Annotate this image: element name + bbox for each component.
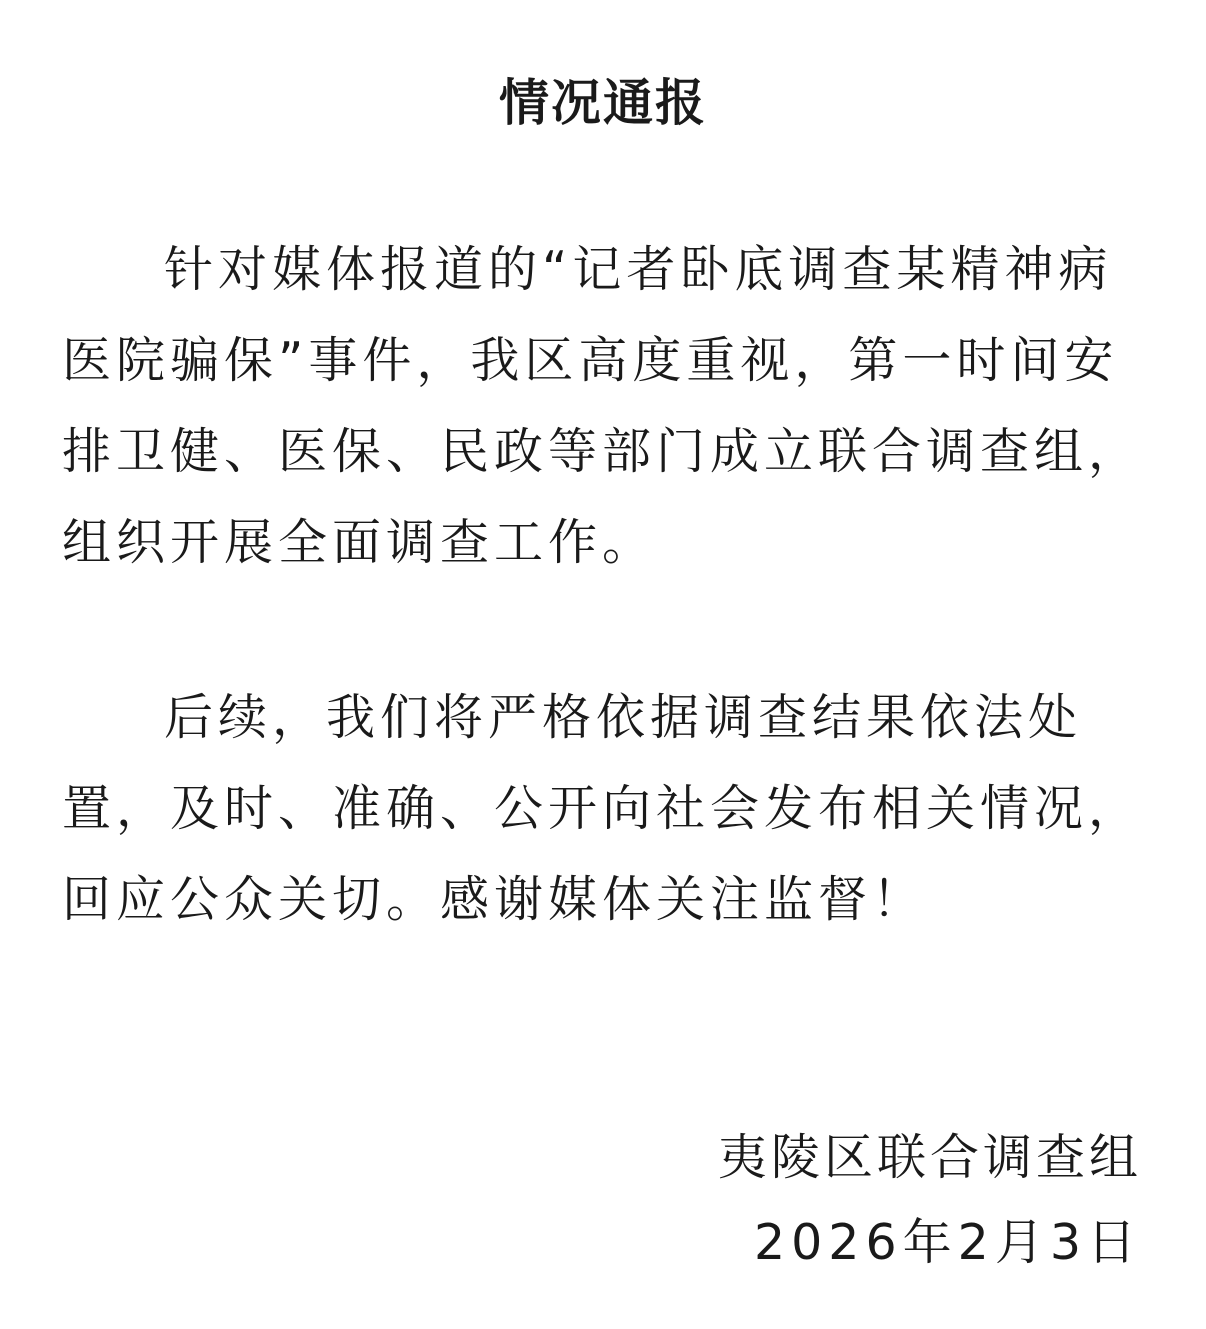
paragraph-line: 后续，我们将严格依据调查结果依法处: [62, 672, 1152, 763]
paragraph-1: 针对媒体报道的“记者卧底调查某精神病 医院骗保”事件，我区高度重视，第一时间安 …: [62, 224, 1152, 588]
document-title: 情况通报: [0, 68, 1206, 138]
paragraph-line: 排卫健、医保、民政等部门成立联合调查组，: [62, 406, 1152, 497]
paragraph-line: 回应公众关切。感谢媒体关注监督！: [62, 854, 1152, 945]
paragraph-2: 后续，我们将严格依据调查结果依法处 置，及时、准确、公开向社会发布相关情况， 回…: [62, 672, 1152, 945]
paragraph-line: 医院骗保”事件，我区高度重视，第一时间安: [62, 315, 1152, 406]
signature-date: 2026年2月3日: [754, 1213, 1142, 1273]
paragraph-line: 针对媒体报道的“记者卧底调查某精神病: [62, 224, 1152, 315]
signature-organization: 夷陵区联合调查组: [718, 1128, 1142, 1188]
paragraph-line: 置，及时、准确、公开向社会发布相关情况，: [62, 763, 1152, 854]
paragraph-line: 组织开展全面调查工作。: [62, 497, 1152, 588]
